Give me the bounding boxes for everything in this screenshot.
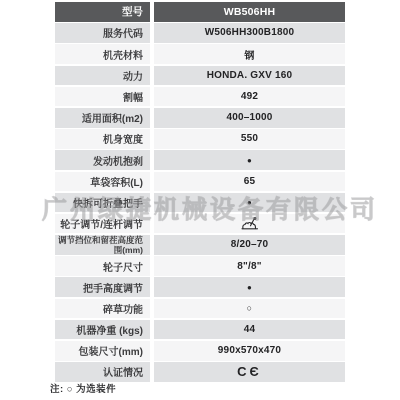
spec-row: 机身宽度550 xyxy=(55,129,345,149)
spec-value-icon xyxy=(154,214,345,234)
spec-row: 机壳材料钢 xyxy=(55,44,345,64)
spec-row: 动力HONDA. GXV 160 xyxy=(55,66,345,86)
spec-label: 草袋容积(L) xyxy=(55,172,150,192)
spec-label: 适用面积(m2) xyxy=(55,108,150,128)
spec-label: 包装尺寸(mm) xyxy=(55,341,150,361)
spec-value: 492 xyxy=(154,87,345,107)
spec-value: 44 xyxy=(154,320,345,340)
spec-row: 割幅492 xyxy=(55,87,345,107)
spec-row: 轮子尺寸8"/8" xyxy=(55,256,345,276)
spec-row: 认证情况CЄ xyxy=(55,362,345,382)
spec-label: 机身宽度 xyxy=(55,129,150,149)
spec-label: 快拆可折叠把手 xyxy=(55,193,150,213)
spec-value: 550 xyxy=(154,129,345,149)
spec-label: 机壳材料 xyxy=(55,44,150,64)
spec-row: 适用面积(m2)400–1000 xyxy=(55,108,345,128)
spec-row: 服务代码W506HH300B1800 xyxy=(55,23,345,43)
spec-table: 型号 WB506HH 服务代码W506HH300B1800机壳材料钢动力HOND… xyxy=(55,2,345,383)
spec-row: 调节挡位和留茬高度范围(mm)8/20–70 xyxy=(55,235,345,255)
filled-dot: ● xyxy=(154,277,345,297)
spec-label: 轮子尺寸 xyxy=(55,256,150,276)
spec-value: W506HH300B1800 xyxy=(154,23,345,43)
ce-mark: CЄ xyxy=(154,362,345,382)
spec-label: 机器净重 (kgs) xyxy=(55,320,150,340)
spec-value: 钢 xyxy=(154,44,345,64)
spec-row: 快拆可折叠把手● xyxy=(55,193,345,213)
spec-row: 包装尺寸(mm)990x570x470 xyxy=(55,341,345,361)
spec-value: 65 xyxy=(154,172,345,192)
spec-label: 割幅 xyxy=(55,87,150,107)
spec-value: HONDA. GXV 160 xyxy=(154,66,345,86)
spec-row: 草袋容积(L)65 xyxy=(55,172,345,192)
spec-label: 碎草功能 xyxy=(55,299,150,319)
spec-row: 发动机抱刹● xyxy=(55,150,345,170)
spec-label: 轮子调节/连杆调节 xyxy=(55,214,150,234)
hand-lever-icon xyxy=(238,217,262,230)
spec-value: 400–1000 xyxy=(154,108,345,128)
spec-value: 8/20–70 xyxy=(154,235,345,255)
spec-value: 990x570x470 xyxy=(154,341,345,361)
spec-row: 碎草功能○ xyxy=(55,299,345,319)
filled-dot: ● xyxy=(154,193,345,213)
spec-header-value: WB506HH xyxy=(154,2,345,22)
spec-label: 认证情况 xyxy=(55,362,150,382)
spec-label: 把手高度调节 xyxy=(55,277,150,297)
spec-header-row: 型号 WB506HH xyxy=(55,2,345,22)
spec-label: 服务代码 xyxy=(55,23,150,43)
spec-label: 调节挡位和留茬高度范围(mm) xyxy=(55,235,150,255)
spec-header-label: 型号 xyxy=(55,2,150,22)
spec-row: 机器净重 (kgs)44 xyxy=(55,320,345,340)
hollow-dot: ○ xyxy=(154,299,345,319)
filled-dot: ● xyxy=(154,150,345,170)
spec-label: 发动机抱刹 xyxy=(55,150,150,170)
spec-row: 把手高度调节● xyxy=(55,277,345,297)
spec-value: 8"/8" xyxy=(154,256,345,276)
footnote: 注: ○ 为选装件 xyxy=(50,381,116,395)
spec-label: 动力 xyxy=(55,66,150,86)
spec-row: 轮子调节/连杆调节 xyxy=(55,214,345,234)
